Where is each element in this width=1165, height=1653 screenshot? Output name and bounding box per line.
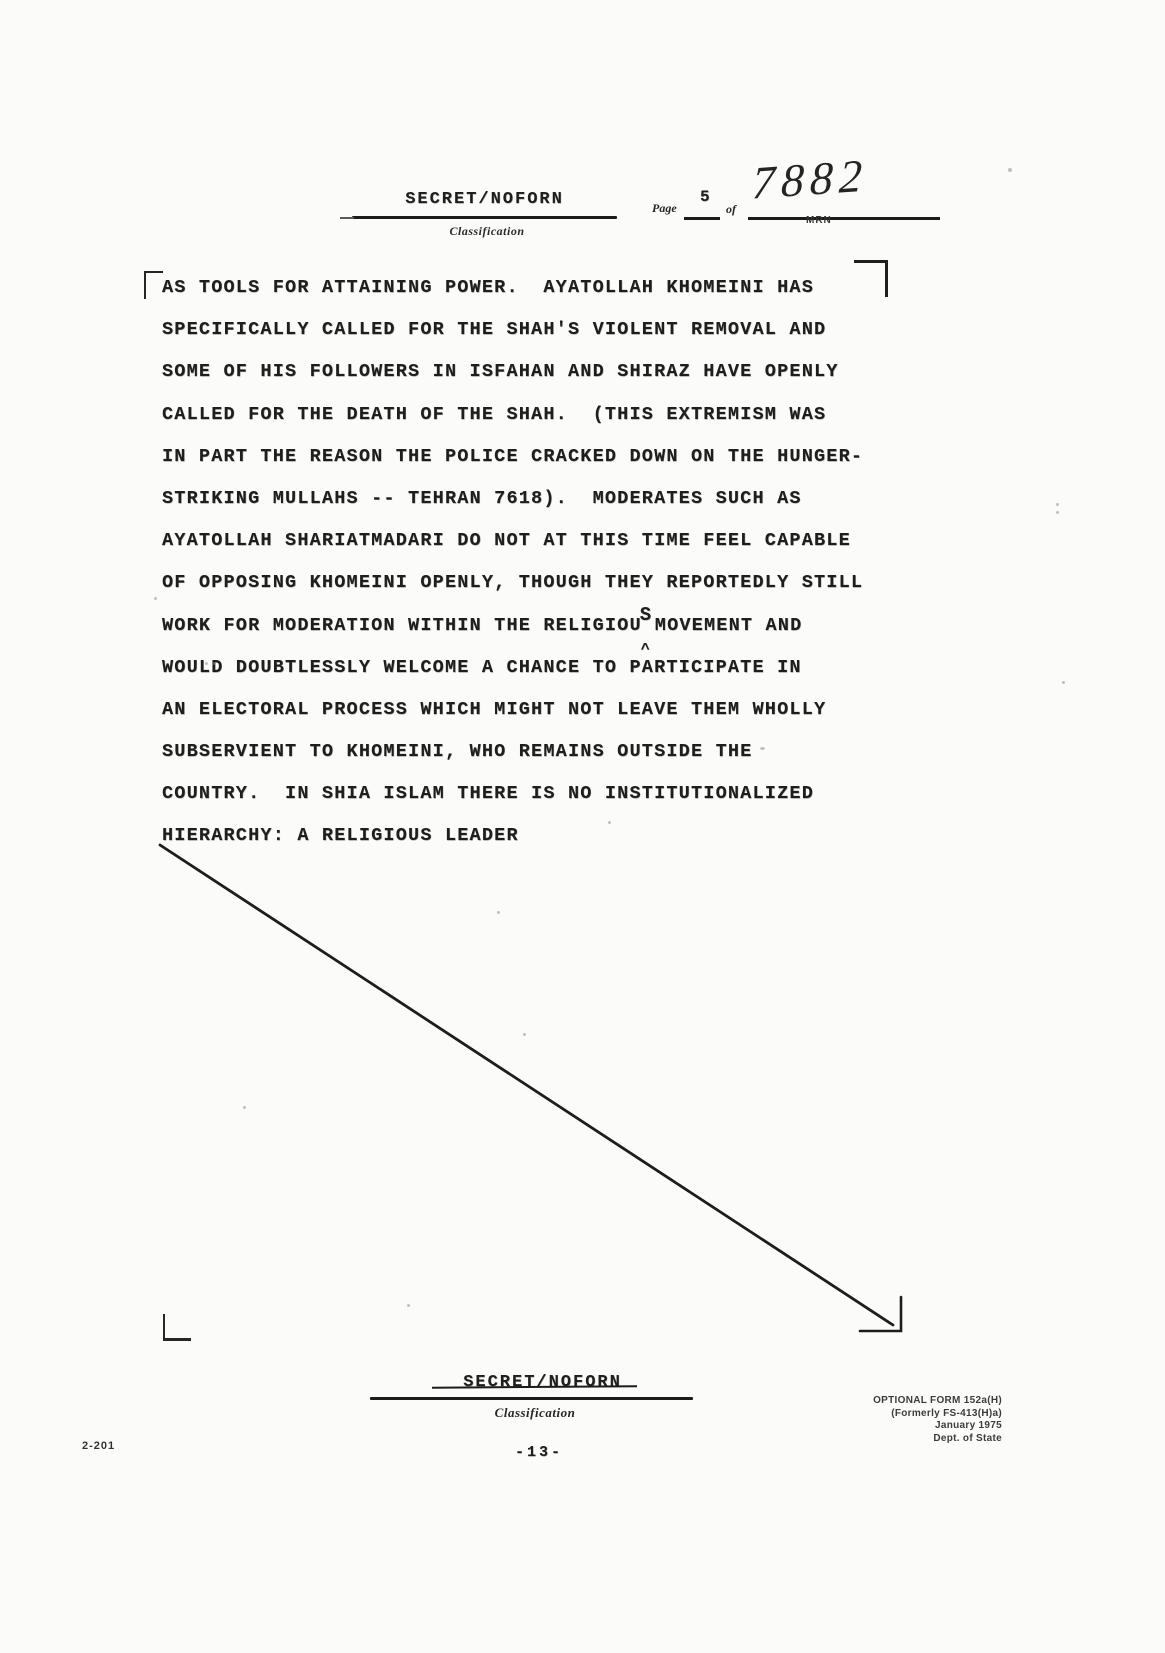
body-line: CALLED FOR THE DEATH OF THE SHAH. (THIS … (162, 394, 922, 436)
corner-bracket-top-left (144, 271, 163, 299)
body-line: AYATOLLAH SHARIATMADARI DO NOT AT THIS T… (162, 520, 922, 562)
optional-form-block: OPTIONAL FORM 152a(H) (Formerly FS-413(H… (782, 1395, 1002, 1445)
body-line: OF OPPOSING KHOMEINI OPENLY, THOUGH THEY… (162, 562, 922, 604)
scanned-document-page: SECRET/NOFORN Classification Page 5 of 7… (0, 0, 1165, 1653)
mrn-handwritten-value: 7882 (751, 145, 912, 209)
body-line: SUBSERVIENT TO KHOMEINI, WHO REMAINS OUT… (162, 731, 922, 773)
mrn-label: MRN (806, 215, 832, 226)
scan-speck (1056, 503, 1059, 506)
body-line: HIERARCHY: A RELIGIOUS LEADER (162, 815, 922, 857)
form-line: OPTIONAL FORM 152a(H) (782, 1395, 1002, 1408)
body-line: AN ELECTORAL PROCESS WHICH MIGHT NOT LEA… (162, 689, 922, 731)
scan-speck (205, 662, 208, 665)
footer-classification-caption: Classification (455, 1405, 615, 1421)
footer-rule (370, 1397, 693, 1400)
body-line: IN PART THE REASON THE POLICE CRACKED DO… (162, 436, 922, 478)
body-line: AS TOOLS FOR ATTAINING POWER. AYATOLLAH … (162, 267, 922, 309)
scan-speck (1008, 168, 1012, 172)
body-line: STRIKING MULLAHS -- TEHRAN 7618). MODERA… (162, 478, 922, 520)
insertion-caret: ^ (641, 629, 651, 671)
document-body: AS TOOLS FOR ATTAINING POWER. AYATOLLAH … (162, 267, 922, 858)
scan-speck (407, 1304, 410, 1307)
of-label: of (726, 202, 736, 217)
scan-speck (497, 911, 500, 914)
page-number: 5 (700, 188, 710, 206)
form-line: January 1975 (782, 1420, 1002, 1433)
scan-speck (213, 662, 216, 665)
corner-bracket-bottom-left (163, 1314, 191, 1341)
header-rule (352, 216, 617, 219)
body-line: SPECIFICALLY CALLED FOR THE SHAH'S VIOLE… (162, 309, 922, 351)
header-rule-tail (340, 217, 354, 219)
footer-page-number: -13- (515, 1444, 563, 1461)
page-number-underline (684, 217, 720, 220)
scan-speck (608, 821, 611, 824)
header-classification: SECRET/NOFORN (352, 190, 617, 209)
body-line-post: MOVEMENT AND (655, 615, 803, 636)
body-line-with-insertion: WORK FOR MODERATION WITHIN THE RELIGIOUS… (162, 605, 922, 647)
scan-speck (523, 1033, 526, 1036)
body-line-pre: WORK FOR MODERATION WITHIN THE RELIGIOU (162, 615, 642, 636)
body-line: COUNTRY. IN SHIA ISLAM THERE IS NO INSTI… (162, 773, 922, 815)
body-line: WOULD DOUBTLESSLY WELCOME A CHANCE TO PA… (162, 647, 922, 689)
scan-speck (760, 747, 765, 750)
form-line: Dept. of State (782, 1433, 1002, 1446)
form-line: (Formerly FS-413(H)a) (782, 1408, 1002, 1421)
typed-insertion-mark: S^ (642, 629, 655, 630)
scan-speck (1062, 681, 1065, 684)
scan-speck (154, 597, 157, 600)
footer-classification: SECRET/NOFORN (410, 1373, 675, 1392)
mrn-underline (748, 217, 940, 220)
page-label: Page (652, 201, 677, 216)
document-code: 2-201 (82, 1440, 115, 1452)
scan-speck (1056, 511, 1059, 514)
scan-speck (243, 1106, 246, 1109)
header-classification-caption: Classification (402, 224, 572, 239)
body-line: SOME OF HIS FOLLOWERS IN ISFAHAN AND SHI… (162, 351, 922, 393)
